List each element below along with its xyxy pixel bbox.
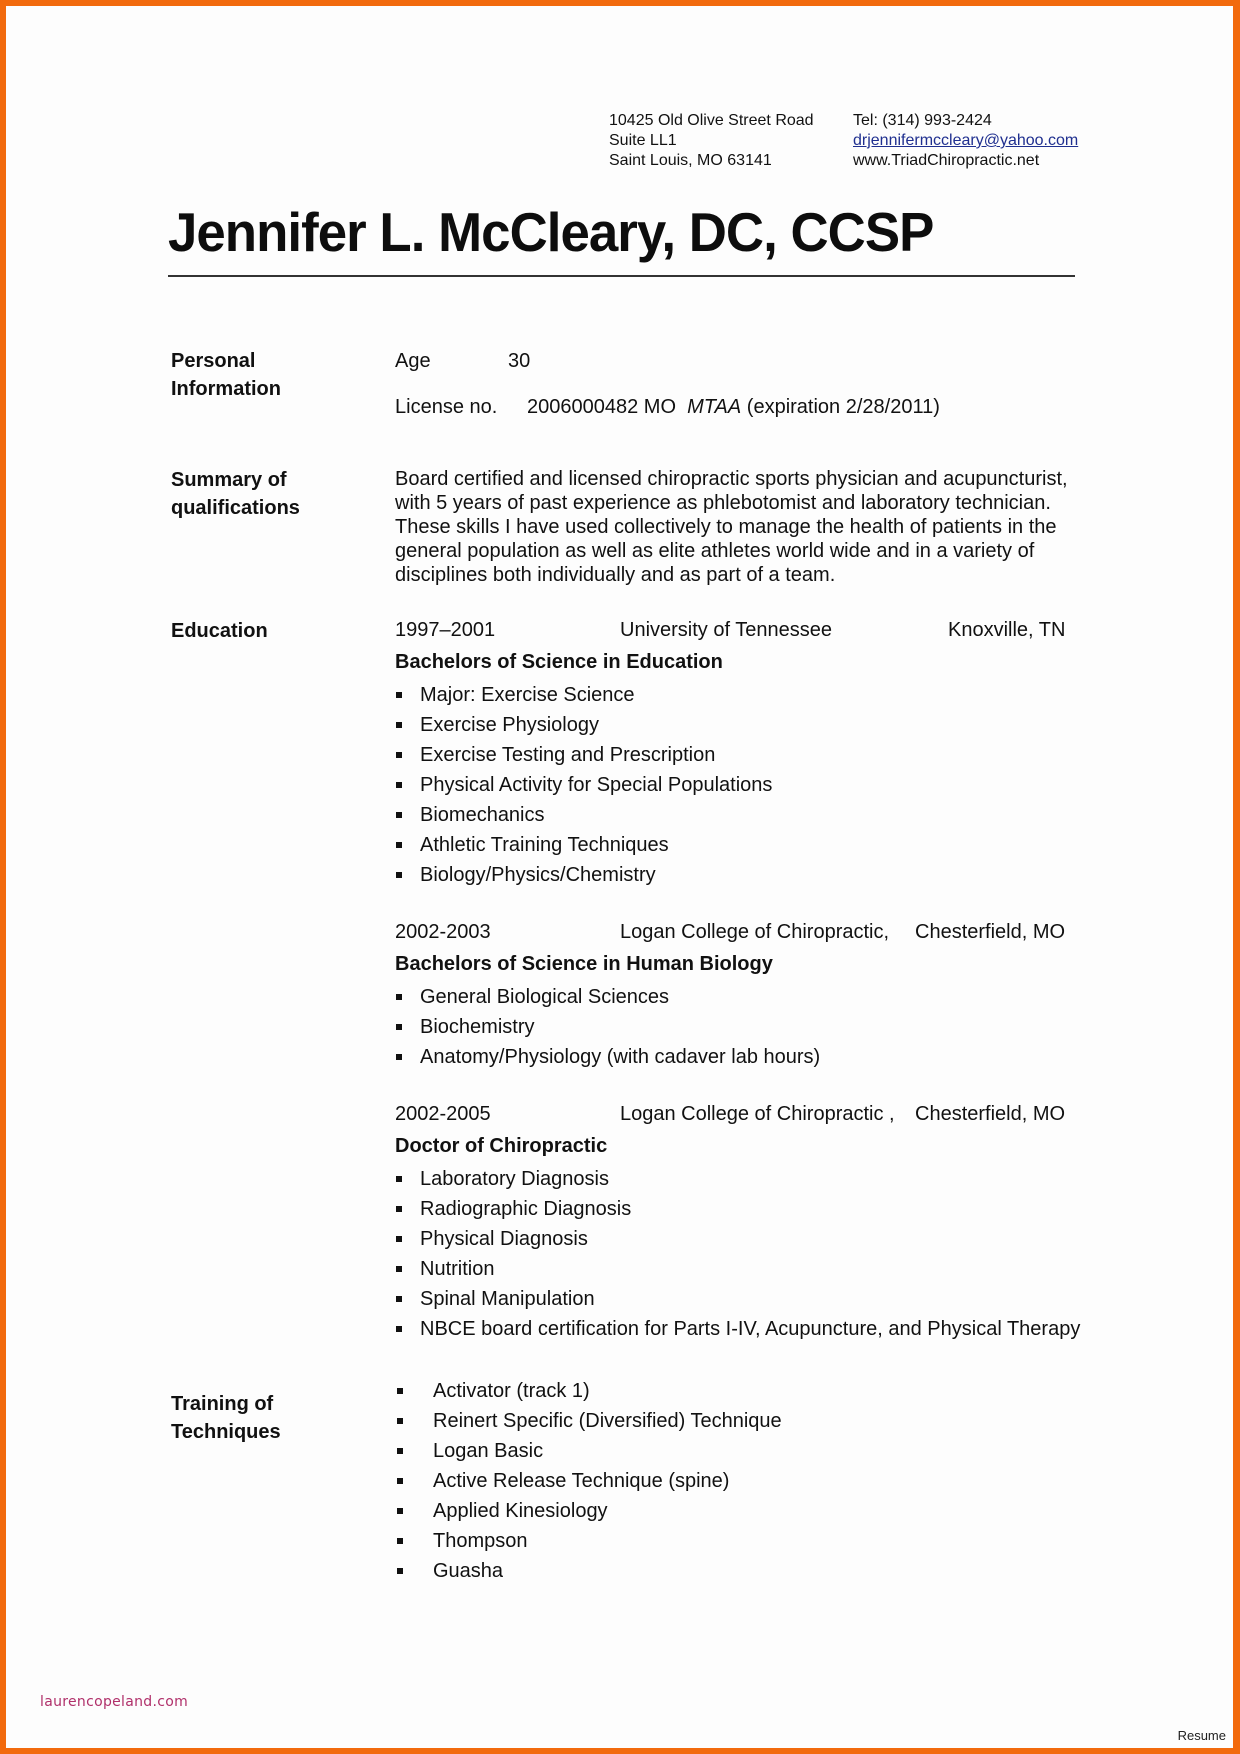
bullet-square-icon	[396, 842, 402, 848]
list-item: Athletic Training Techniques	[395, 830, 772, 860]
bullet-square-icon	[396, 994, 402, 1000]
edu-school: Logan College of Chiropractic,	[620, 920, 889, 944]
bullet-square-icon	[396, 812, 402, 818]
list-item: NBCE board certification for Parts I-IV,…	[395, 1314, 1080, 1344]
edu-course-list: General Biological Sciences Biochemistry…	[395, 982, 820, 1072]
license-expiration: (expiration 2/28/2011)	[747, 396, 940, 418]
license-number: 2006000482 MO	[527, 396, 676, 418]
watermark-text: laurencopeland.com	[40, 1694, 188, 1710]
license-value: 2006000482 MO MTAA (expiration 2/28/2011…	[527, 395, 940, 419]
list-item: Exercise Physiology	[395, 710, 772, 740]
resume-name-heading: Jennifer L. McCleary, DC, CCSP	[168, 200, 933, 264]
edu-location: Chesterfield, MO	[915, 920, 1065, 944]
section-label-summary: Summary of qualifications	[171, 466, 300, 522]
bullet-square-icon	[397, 1568, 403, 1574]
summary-paragraph: Board certified and licensed chiropracti…	[395, 467, 1115, 587]
bullet-square-icon	[397, 1538, 403, 1544]
list-item: Physical Diagnosis	[395, 1224, 1080, 1254]
edu-years: 2002-2003	[395, 920, 491, 944]
bullet-square-icon	[396, 872, 402, 878]
summary-line: with 5 years of past experience as phleb…	[395, 491, 1115, 515]
list-item: Reinert Specific (Diversified) Technique	[395, 1406, 782, 1436]
list-item: Logan Basic	[395, 1436, 782, 1466]
list-item: Biomechanics	[395, 800, 772, 830]
bullet-square-icon	[396, 1236, 402, 1242]
list-item: Activator (track 1)	[395, 1376, 782, 1406]
age-value: 30	[508, 349, 530, 373]
summary-line: These skills I have used collectively to…	[395, 515, 1115, 539]
list-item: Major: Exercise Science	[395, 680, 772, 710]
bullet-square-icon	[397, 1388, 403, 1394]
techniques-list: Activator (track 1) Reinert Specific (Di…	[395, 1376, 782, 1586]
bullet-square-icon	[396, 1024, 402, 1030]
bullet-square-icon	[396, 692, 402, 698]
list-item: Physical Activity for Special Population…	[395, 770, 772, 800]
list-item: Biochemistry	[395, 1012, 820, 1042]
list-item: Laboratory Diagnosis	[395, 1164, 1080, 1194]
footer-label: Resume	[1178, 1728, 1226, 1743]
address-line-3: Saint Louis, MO 63141	[609, 151, 814, 171]
section-label-personal: Personal Information	[171, 347, 281, 403]
edu-school: University of Tennessee	[620, 618, 832, 642]
header-divider	[168, 275, 1075, 277]
list-item: Exercise Testing and Prescription	[395, 740, 772, 770]
bullet-square-icon	[396, 722, 402, 728]
edu-location: Chesterfield, MO	[915, 1102, 1065, 1126]
edu-degree: Doctor of Chiropractic	[395, 1135, 607, 1158]
phone: Tel: (314) 993-2424	[853, 111, 1078, 131]
bullet-square-icon	[397, 1448, 403, 1454]
summary-line: disciplines both individually and as par…	[395, 563, 1115, 587]
list-item: Active Release Technique (spine)	[395, 1466, 782, 1496]
edu-degree: Bachelors of Science in Human Biology	[395, 953, 773, 976]
label-line: Personal	[171, 347, 281, 375]
edu-location: Knoxville, TN	[948, 618, 1065, 642]
bullet-square-icon	[396, 1176, 402, 1182]
list-item: Biology/Physics/Chemistry	[395, 860, 772, 890]
address-line-1: 10425 Old Olive Street Road	[609, 111, 814, 131]
list-item: Nutrition	[395, 1254, 1080, 1284]
bullet-square-icon	[397, 1508, 403, 1514]
edu-years: 1997–2001	[395, 618, 495, 642]
list-item: Applied Kinesiology	[395, 1496, 782, 1526]
age-label: Age	[395, 349, 431, 373]
bullet-square-icon	[396, 782, 402, 788]
bullet-square-icon	[396, 1326, 402, 1332]
list-item: Thompson	[395, 1526, 782, 1556]
license-label: License no.	[395, 395, 497, 419]
label-line: Information	[171, 375, 281, 403]
bullet-square-icon	[396, 752, 402, 758]
section-label-education: Education	[171, 617, 268, 645]
bullet-square-icon	[396, 1206, 402, 1212]
address-line-2: Suite LL1	[609, 131, 814, 151]
bullet-square-icon	[396, 1054, 402, 1060]
bullet-square-icon	[397, 1478, 403, 1484]
edu-course-list: Major: Exercise Science Exercise Physiol…	[395, 680, 772, 890]
list-item: Spinal Manipulation	[395, 1284, 1080, 1314]
license-board: MTAA	[687, 396, 741, 418]
contact-block: Tel: (314) 993-2424 drjennifermccleary@y…	[853, 111, 1078, 171]
bullet-square-icon	[396, 1296, 402, 1302]
bullet-square-icon	[397, 1418, 403, 1424]
label-line: qualifications	[171, 494, 300, 522]
label-line: Techniques	[171, 1418, 281, 1446]
list-item: Guasha	[395, 1556, 782, 1586]
list-item: General Biological Sciences	[395, 982, 820, 1012]
list-item: Anatomy/Physiology (with cadaver lab hou…	[395, 1042, 820, 1072]
edu-years: 2002-2005	[395, 1102, 491, 1126]
label-line: Summary of	[171, 466, 300, 494]
edu-course-list: Laboratory Diagnosis Radiographic Diagno…	[395, 1164, 1080, 1344]
summary-line: Board certified and licensed chiropracti…	[395, 467, 1115, 491]
section-label-training: Training of Techniques	[171, 1390, 281, 1446]
edu-school: Logan College of Chiropractic ,	[620, 1102, 895, 1126]
email-link[interactable]: drjennifermccleary@yahoo.com	[853, 132, 1078, 149]
website: www.TriadChiropractic.net	[853, 151, 1078, 171]
summary-line: general population as well as elite athl…	[395, 539, 1115, 563]
label-line: Training of	[171, 1390, 281, 1418]
bullet-square-icon	[396, 1266, 402, 1272]
edu-degree: Bachelors of Science in Education	[395, 651, 723, 674]
list-item: Radiographic Diagnosis	[395, 1194, 1080, 1224]
address-block: 10425 Old Olive Street Road Suite LL1 Sa…	[609, 111, 814, 171]
